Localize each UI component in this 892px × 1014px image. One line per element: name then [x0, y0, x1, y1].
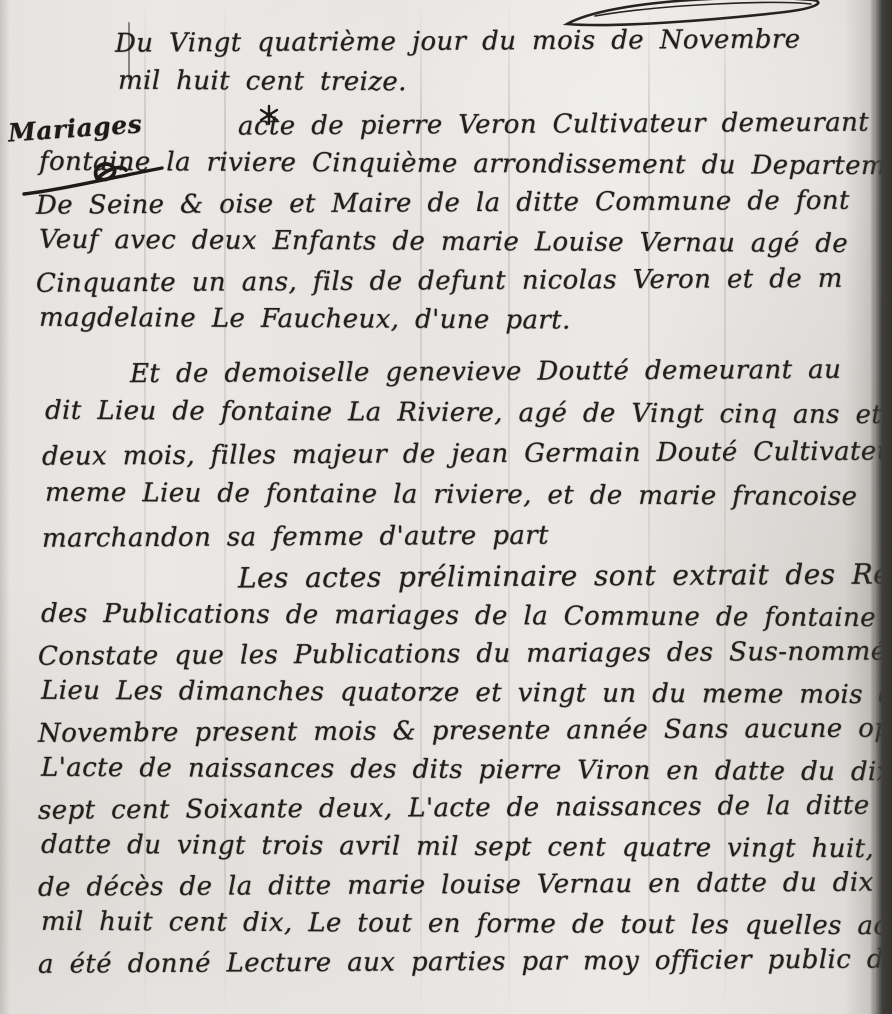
manuscript-line: meme Lieu de fontaine la riviere, et de …: [45, 473, 892, 519]
register-page: Mariages Du Vingt quatrième jour du mois…: [0, 0, 892, 1014]
paragraph-publications: Les actes préliminaire sont extrait des …: [38, 558, 892, 982]
paragraph-bride: Et de demoiselle genevieve Doutté demeur…: [42, 352, 892, 557]
manuscript-line: De Seine & oise et Maire de la ditte Com…: [36, 181, 892, 225]
manuscript-line: Et de demoiselle genevieve Doutté demeur…: [42, 349, 892, 395]
date-heading: Du Vingt quatrième jour du mois de Novem…: [115, 20, 892, 104]
paragraph-groom: acte de pierre Veron Cultivateur demeura…: [36, 106, 892, 340]
manuscript-line: L'acte de naissances des dits pierre Vir…: [41, 748, 892, 791]
manuscript-line: Lieu Les dimanches quatorze et vingt un …: [41, 671, 892, 714]
binding-edge: [870, 0, 892, 1014]
manuscript-line: Cinquante un ans, fils de defunt nicolas…: [36, 259, 892, 303]
manuscript-line: deux mois, filles majeur de jean Germain…: [42, 431, 892, 477]
page-left-edge: [0, 0, 10, 1014]
manuscript-line: Veuf avec deux Enfants de marie Louise V…: [39, 221, 892, 265]
manuscript-line: des Publications de mariages de la Commu…: [41, 594, 892, 637]
manuscript-line: mil huit cent dix, Le tout en forme de t…: [41, 902, 892, 945]
manuscript-line: fontaine la riviere Cinquième arrondisse…: [39, 143, 892, 187]
manuscript-line: sept cent Soixante deux, L'acte de naiss…: [38, 786, 892, 830]
manuscript-line: mil huit cent treize.: [118, 60, 892, 107]
manuscript-line: magdelaine Le Faucheux, d'une part.: [39, 299, 892, 343]
manuscript-line: Constate que les Publications du mariage…: [38, 632, 892, 676]
manuscript-line: Novembre present mois & presente année S…: [38, 709, 892, 753]
manuscript-line: acte de pierre Veron Cultivateur demeura…: [36, 103, 892, 147]
manuscript-line: de décès de la ditte marie louise Vernau…: [38, 863, 892, 907]
manuscript-line: marchandon sa femme d'autre part: [42, 513, 892, 559]
manuscript-line: a été donné Lecture aux parties par moy …: [38, 940, 892, 984]
manuscript-line: Les actes préliminaire sont extrait des …: [38, 555, 892, 599]
manuscript-line: dit Lieu de fontaine La Riviere, agé de …: [45, 391, 892, 437]
manuscript-line: Du Vingt quatrième jour du mois de Novem…: [115, 17, 892, 64]
manuscript-line: datte du vingt trois avril mil sept cent…: [41, 825, 892, 868]
